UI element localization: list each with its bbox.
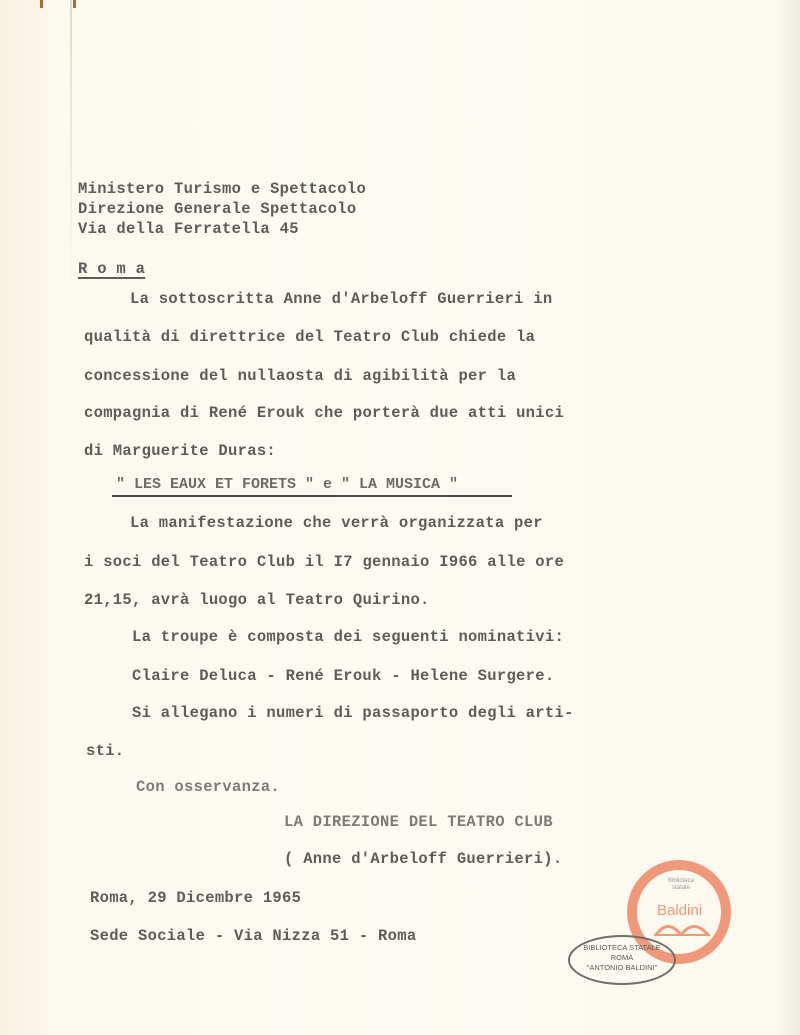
body-line: La sottoscritta Anne d'Arbeloff Guerrier… [130, 290, 552, 308]
body-line: La manifestazione che verrà organizzata … [130, 514, 543, 532]
play-titles: " LES EAUX ET FORETS " e " LA MUSICA " [116, 476, 458, 493]
body-line: i soci del Teatro Club il I7 gennaio I96… [84, 553, 564, 571]
body-line: La troupe è composta dei seguenti nomina… [132, 628, 564, 646]
body-line: Claire Deluca - René Erouk - Helene Surg… [132, 667, 554, 685]
body-line: di Marguerite Duras: [84, 442, 276, 460]
signature-org: LA DIREZIONE DEL TEATRO CLUB [284, 813, 553, 831]
date-line: Roma, 29 Dicembre 1965 [90, 889, 301, 907]
recipient-line: Ministero Turismo e Spettacolo [78, 180, 366, 198]
rust-mark [40, 0, 43, 8]
signature-name: ( Anne d'Arbeloff Guerrieri). [284, 850, 562, 868]
library-stamp: BIBLIOTECA STATALE ROMA "ANTONIO BALDINI… [568, 935, 676, 985]
paper-fold [70, 0, 72, 300]
body-line: compagnia di René Erouk che porterà due … [84, 404, 564, 422]
logo-name: Baldini [657, 902, 702, 919]
recipient-line: Via della Ferratella 45 [78, 220, 299, 238]
recipient-city: R o m a [78, 260, 145, 278]
body-line: concessione del nullaosta di agibilità p… [84, 367, 516, 385]
address-line: Sede Sociale - Via Nizza 51 - Roma [90, 927, 416, 945]
recipient-line: Direzione Generale Spettacolo [78, 200, 356, 218]
stamp-line: "ANTONIO BALDINI" [570, 963, 674, 973]
body-line: qualità di direttrice del Teatro Club ch… [84, 328, 535, 346]
body-line: sti. [86, 742, 124, 760]
logo-small-text: Biblioteca statale [666, 878, 696, 892]
stamp-line: BIBLIOTECA STATALE [570, 943, 674, 953]
rust-mark [73, 0, 76, 8]
stamp-line: ROMA [570, 953, 674, 963]
body-line: 21,15, avrà luogo al Teatro Quirino. [84, 591, 430, 609]
title-underline [112, 495, 512, 497]
closing-line: Con osservanza. [136, 778, 280, 796]
book-icon [654, 920, 710, 936]
body-line: Si allegano i numeri di passaporto degli… [132, 704, 574, 722]
